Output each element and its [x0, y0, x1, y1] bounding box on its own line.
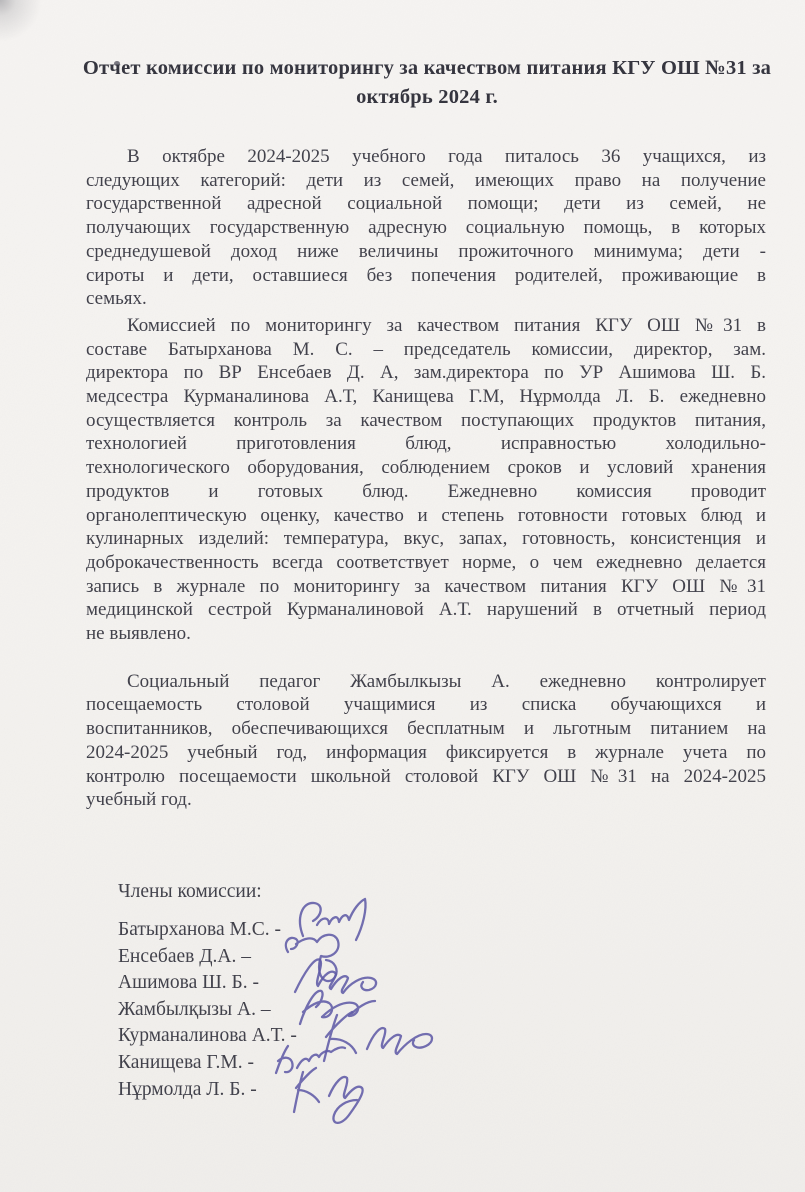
- paragraph-line: технологией приготовления блюд, исправно…: [86, 432, 766, 456]
- paragraph-line: составе Батырханова М. С. – председатель…: [86, 338, 766, 362]
- title-line-1: Отчет комиссии по мониторингу за качеств…: [66, 54, 788, 83]
- member-name: Батырханова М.С. -: [118, 917, 538, 944]
- paragraph-line: среднедушевой доход ниже величины прожит…: [86, 240, 766, 264]
- paragraph-line: медсестра Курманалинова А.Т, Канищева Г.…: [86, 385, 766, 409]
- paragraph-line: 2024-2025 учебный год, информация фиксир…: [86, 741, 766, 765]
- paragraph-3: Социальный педагог Жамбылкызы А. ежеднев…: [86, 670, 766, 812]
- paragraph-line: семьях.: [86, 287, 766, 311]
- members-heading: Члены комиссии:: [118, 880, 538, 904]
- document-body: В октябре 2024-2025 учебного года питало…: [86, 145, 766, 812]
- paragraph-2: Комиссией по мониторингу за качеством пи…: [86, 314, 766, 646]
- paragraph-line: воспитанников, обеспечивающихся бесплатн…: [86, 717, 766, 741]
- paragraph-line: запись в журнале по мониторингу за качес…: [86, 575, 766, 599]
- paragraph-line: медицинской сестрой Курманалиновой А.Т. …: [86, 598, 766, 622]
- paragraph-line: Комиссией по мониторингу за качеством пи…: [86, 314, 766, 338]
- commission-members-section: Члены комиссии: Батырханова М.С. - Енсеб…: [118, 880, 538, 1103]
- document-title: Отчет комиссии по мониторингу за качеств…: [66, 54, 788, 112]
- paragraph-line: технологического оборудования, соблюдени…: [86, 456, 766, 480]
- title-line-2: октябрь 2024 г.: [66, 83, 788, 112]
- member-name: Жамбылқызы А. –: [118, 997, 538, 1024]
- paragraph-line: кулинарных изделий: температура, вкус, з…: [86, 527, 766, 551]
- member-name: Канищева Г.М. -: [118, 1050, 538, 1077]
- paragraph-1: В октябре 2024-2025 учебного года питало…: [86, 145, 766, 311]
- member-name: Ашимова Ш. Б. -: [118, 970, 538, 997]
- member-name: Енсебаев Д.А. –: [118, 944, 538, 971]
- paragraph-line: В октябре 2024-2025 учебного года питало…: [86, 145, 766, 169]
- members-list: Батырханова М.С. - Енсебаев Д.А. – Ашимо…: [118, 917, 538, 1103]
- paragraph-line: не выявлено.: [86, 622, 766, 646]
- paragraph-line: директора по ВР Енсебаев Д. А, зам.дирек…: [86, 361, 766, 385]
- member-name: Курманалинова А.Т. -: [118, 1023, 538, 1050]
- member-name: Нұрмолда Л. Б. -: [118, 1077, 538, 1104]
- paragraph-line: государственной адресной социальной помо…: [86, 192, 766, 216]
- document-page: Отчет комиссии по мониторингу за качеств…: [0, 0, 805, 1192]
- paragraph-line: осуществляется контроль за качеством пос…: [86, 409, 766, 433]
- paragraph-line: сироты и дети, оставшиеся без попечения …: [86, 264, 766, 288]
- paragraph-line: доброкачественность всегда соответствует…: [86, 551, 766, 575]
- paragraph-line: посещаемость столовой учащимися из списк…: [86, 693, 766, 717]
- paragraph-line: органолептическую оценку, качество и сте…: [86, 504, 766, 528]
- paragraph-line: контролю посещаемости школьной столовой …: [86, 765, 766, 789]
- paragraph-line: получающих государственную адресную соци…: [86, 216, 766, 240]
- paragraph-line: следующих категорий: дети из семей, имею…: [86, 169, 766, 193]
- paragraph-line: Социальный педагог Жамбылкызы А. ежеднев…: [86, 670, 766, 694]
- paragraph-line: учебный год.: [86, 788, 766, 812]
- paragraph-line: продуктов и готовых блюд. Ежедневно коми…: [86, 480, 766, 504]
